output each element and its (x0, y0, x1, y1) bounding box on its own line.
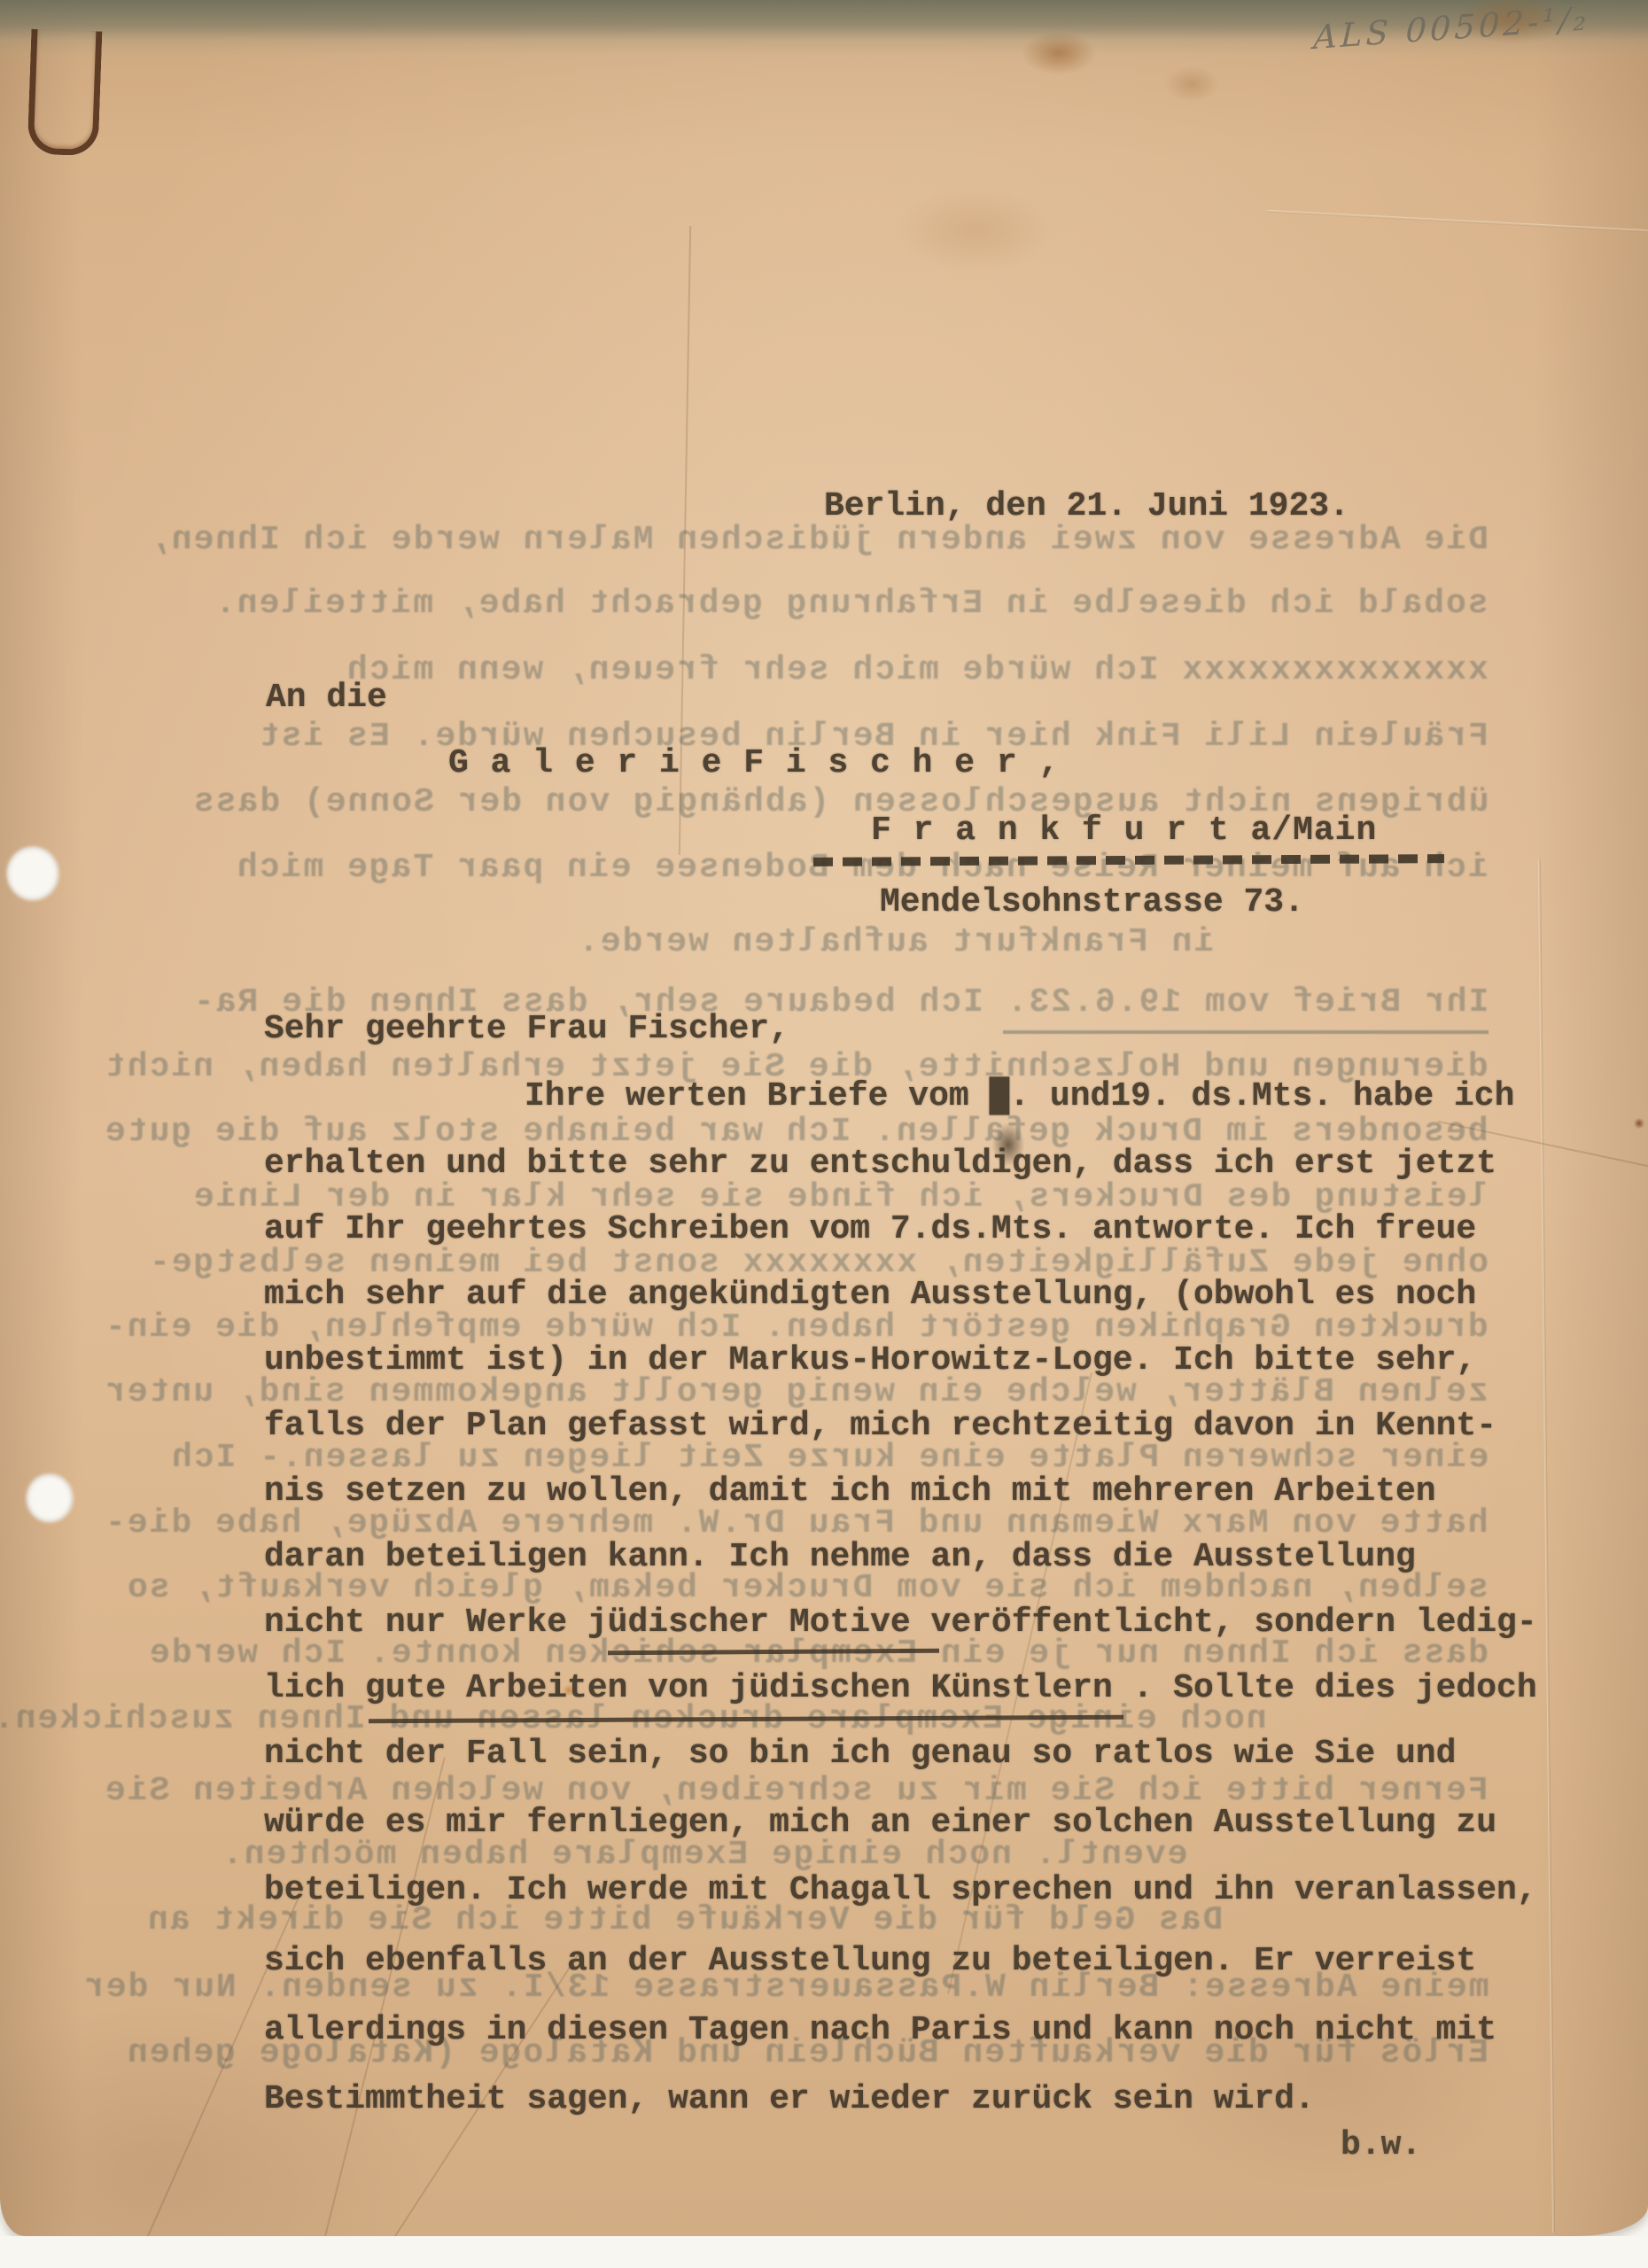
typed-line: An die (266, 679, 387, 717)
typed-line: lich gute Arbeiten von jüdischen Künstle… (264, 1669, 1537, 1707)
bleedthrough-line: sobald ich dieselbe in Erfahrung gebrach… (214, 585, 1489, 623)
punch-hole-top (7, 847, 58, 900)
ghost-underline-brief-datum (1003, 1030, 1489, 1034)
typed-line: G a l e r i e F i s c h e r , (448, 744, 1060, 782)
typed-line: Berlin, den 21. Juni 1923. (824, 487, 1349, 525)
typed-line: daran beteiligen kann. Ich nehme an, das… (264, 1538, 1416, 1576)
fold-highlight (1267, 210, 1648, 233)
bleedthrough-line: in Frankfurt aufhalten werde. (577, 923, 1214, 961)
scanned-letter-page: ALS 00502-¹/₂ Die Adresse von zwei ander… (0, 0, 1648, 2268)
typed-line: nis setzen zu wollen, damit ich mich mit… (264, 1472, 1436, 1511)
typed-line: beteiligen. Ich werde mit Chagall sprech… (264, 1871, 1537, 1909)
punch-hole-bottom (27, 1474, 73, 1522)
scanner-background (0, 2236, 1648, 2268)
typed-line: Bestimmtheit sagen, wann er wieder zurüc… (264, 2080, 1315, 2118)
bleedthrough-line: xxxxxxxxxxxxxx Ich würde mich sehr freue… (346, 651, 1489, 689)
typed-line: sich ebenfalls an der Ausstellung zu bet… (264, 1942, 1476, 1980)
typed-line: Sehr geehrte Frau Fischer, (264, 1010, 789, 1048)
typed-line: falls der Plan gefasst wird, mich rechtz… (264, 1407, 1496, 1445)
turn-page-note: b.w. (1341, 2126, 1421, 2164)
crease-line (1538, 859, 1555, 2233)
archive-annotation: ALS 00502-¹/₂ (1313, 0, 1590, 57)
typed-line: würde es mir fernliegen, mich an einer s… (264, 1804, 1496, 1842)
bleedthrough-line: Die Adresse von zwei andern jüdischen Ma… (148, 521, 1489, 559)
typed-line: unbestimmt ist) in der Markus-Horowitz-L… (264, 1341, 1476, 1379)
typed-line: mich sehr auf die angekündigten Ausstell… (264, 1276, 1476, 1314)
typed-line: auf Ihr geehrtes Schreiben vom 7.ds.Mts.… (264, 1210, 1476, 1248)
paperclip-rust-mark (27, 29, 103, 157)
typed-line: allerdings in diesen Tagen nach Paris un… (264, 2011, 1496, 2049)
typed-line: erhalten und bitte sehr zu entschuldigen… (264, 1145, 1496, 1183)
typed-line: nicht nur Werke jüdischer Motive veröffe… (264, 1604, 1537, 1642)
typed-line: Mendelsohnstrasse 73. (880, 883, 1304, 921)
typed-line: Ihre werten Briefe vom █. und19. ds.Mts.… (525, 1077, 1514, 1115)
typed-line: F r a n k f u r t a/Main (871, 812, 1377, 850)
letter-paper: ALS 00502-¹/₂ Die Adresse von zwei ander… (0, 0, 1648, 2236)
